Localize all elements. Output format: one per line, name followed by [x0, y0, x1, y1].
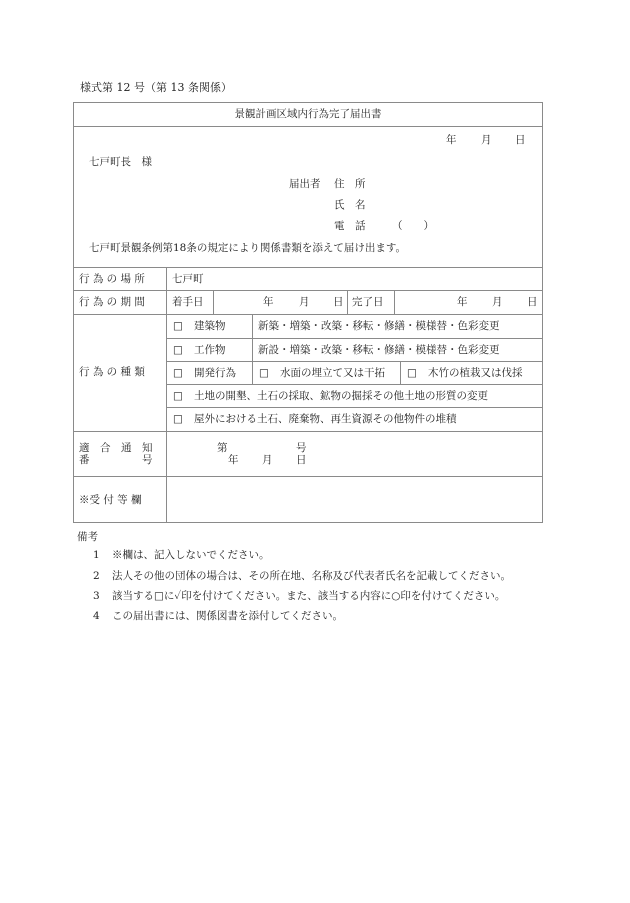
header-date-month: 月: [481, 134, 492, 146]
divider: [394, 290, 395, 314]
divider: [252, 314, 253, 384]
name-label: 氏 名: [334, 199, 366, 211]
type-building: 建築物: [194, 320, 226, 332]
header-date-year: 年: [446, 134, 457, 146]
conformity-year: 年: [228, 454, 239, 466]
end-year[interactable]: 年: [457, 296, 468, 308]
checkbox-structure[interactable]: □: [173, 344, 183, 356]
conformity-day: 日: [296, 454, 307, 466]
header-date-day: 日: [515, 134, 526, 146]
type-development: 開発行為: [194, 367, 236, 379]
note-text: この届出書には、関係図書を添付してください。: [112, 610, 343, 622]
end-day[interactable]: 日: [527, 296, 538, 308]
type-land-change: 土地の開墾、土石の採取、鉱物の掘採その他土地の形質の変更: [194, 390, 488, 402]
divider: [166, 338, 543, 339]
type-structure: 工作物: [194, 344, 226, 356]
notes-title: 備考: [77, 531, 98, 543]
type-structure-detail: 新設・増築・改築・移転・修繕・模様替・色彩変更: [258, 344, 500, 356]
start-month[interactable]: 月: [299, 296, 310, 308]
reception-label: ※受 付 等 欄: [79, 494, 142, 506]
divider: [166, 407, 543, 408]
start-date-label: 着手日: [172, 296, 204, 308]
phone-parens: （ ）: [392, 220, 434, 232]
note-text: 法人その他の団体の場合は、その所在地、名称及び代表者氏名を記載してください。: [112, 570, 511, 582]
end-date-label: 完了日: [352, 296, 384, 308]
type-reclamation: 水面の埋立て又は干拓: [280, 367, 385, 379]
divider: [347, 290, 348, 314]
checkbox-reclamation[interactable]: □: [259, 367, 269, 379]
conformity-dai: 第: [217, 442, 228, 454]
divider: [73, 290, 543, 291]
note-text: ※欄は、記入しないでください。: [112, 549, 270, 561]
divider: [73, 431, 543, 432]
note-num: 3: [93, 590, 100, 602]
checkbox-planting[interactable]: □: [407, 367, 417, 379]
checkbox-outdoor-storage[interactable]: □: [173, 413, 183, 425]
divider: [166, 361, 543, 362]
type-outdoor-storage: 屋外における土石、廃棄物、再生資源その他物件の堆積: [194, 413, 457, 425]
conformity-go: 号: [296, 442, 307, 454]
reception-field: [167, 477, 542, 522]
statement: 七戸町景観条例第18条の規定により関係書類を添えて届け出ます。: [89, 242, 406, 254]
divider: [73, 314, 543, 315]
divider: [73, 126, 543, 127]
note-num: 1: [93, 549, 100, 561]
type-label: 行 為 の 種 類: [79, 366, 145, 378]
start-year[interactable]: 年: [263, 296, 274, 308]
divider: [166, 384, 543, 385]
checkbox-building[interactable]: □: [173, 320, 183, 332]
divider: [400, 361, 401, 384]
type-planting: 木竹の植栽又は伐採: [428, 367, 523, 379]
checkbox-land-change[interactable]: □: [173, 390, 183, 402]
notifier-label: 届出者: [289, 178, 321, 190]
period-label: 行 為 の 期 間: [79, 296, 145, 308]
location-label: 行 為 の 場 所: [79, 273, 145, 285]
conformity-label-line1: 適 合 通 知: [79, 442, 153, 454]
address-label: 住 所: [334, 178, 366, 190]
note-num: 2: [93, 570, 100, 582]
note-text: 該当する□に✓印を付けてください。また、該当する内容に○印を付けてください。: [112, 590, 505, 602]
checkbox-development[interactable]: □: [173, 367, 183, 379]
note-num: 4: [93, 610, 100, 622]
divider: [73, 267, 543, 268]
form-title: 景観計画区域内行為完了届出書: [73, 108, 543, 120]
phone-label: 電 話: [334, 220, 366, 232]
conformity-label-line2: 番 号: [79, 454, 153, 466]
type-building-detail: 新築・増築・改築・移転・修繕・模様替・色彩変更: [258, 320, 500, 332]
conformity-month: 月: [262, 454, 273, 466]
divider: [213, 290, 214, 314]
location-value[interactable]: 七戸町: [172, 273, 204, 285]
form-label: 様式第 12 号（第 13 条関係）: [80, 82, 232, 94]
end-month[interactable]: 月: [492, 296, 503, 308]
addressee: 七戸町長 様: [89, 156, 152, 168]
start-day[interactable]: 日: [333, 296, 344, 308]
